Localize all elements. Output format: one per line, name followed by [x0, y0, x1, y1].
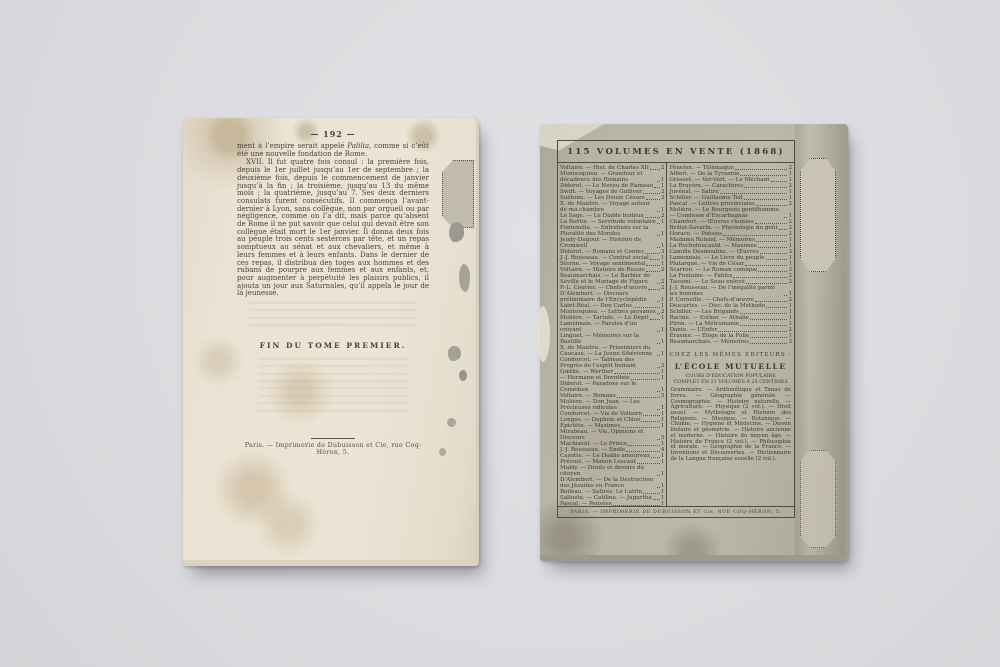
- entry-title: X. de Maistre. — Voyage autour de ma cha…: [560, 201, 656, 213]
- torn-paper-chip: [449, 222, 464, 242]
- entry-dot-leader: [657, 235, 660, 236]
- entry-dot-leader: [650, 259, 660, 260]
- entry-dot-leader: [735, 169, 788, 170]
- entry-volume-count: 3: [788, 339, 792, 345]
- entry-dot-leader: [755, 301, 787, 302]
- imprint-rule: [311, 438, 355, 439]
- entry-volume-count: 1: [661, 327, 665, 333]
- entry-volume-count: 1: [661, 423, 665, 429]
- entry-dot-leader: [760, 253, 788, 254]
- entry-dot-leader: [657, 247, 660, 248]
- entry-dot-leader: [756, 241, 787, 242]
- entry-dot-leader: [643, 415, 660, 416]
- entry-dot-leader: [645, 253, 660, 254]
- entry-dot-leader: [740, 175, 787, 176]
- entry-dot-leader: [643, 493, 660, 494]
- torn-paper-chip: [459, 264, 470, 292]
- entry-dot-leader: [646, 265, 660, 266]
- entry-dot-leader: [641, 421, 659, 422]
- torn-edge: [537, 306, 550, 362]
- catalog-entry: Mirabeau. — Vie, Opinions et Discours 5: [560, 429, 664, 441]
- entry-dot-leader: [740, 325, 787, 326]
- entry-dot-leader: [758, 271, 787, 272]
- right-book: 115 VOLUMES EN VENTE (1868) Voltaire. — …: [540, 124, 848, 561]
- octagon-ornament-icon: [800, 450, 836, 548]
- fin-line: FIN DU TOME PREMIER.: [237, 341, 429, 350]
- entry-dot-leader: [621, 427, 660, 428]
- entry-volume-count: 1: [661, 339, 665, 345]
- photo-background: — 192 — ment à l’empire serait appelé Pa…: [0, 0, 1000, 667]
- entry-volume-count: 2: [661, 195, 665, 201]
- entry-dot-leader: [650, 319, 660, 320]
- catalog-entry: D’Alembert. — Discours préliminaire de l…: [560, 291, 664, 303]
- publisher-note: CHEZ LES MÊMES ÉDITEURS :: [669, 352, 792, 358]
- entry-volume-count: 2: [661, 165, 665, 171]
- entry-dot-leader: [637, 463, 660, 464]
- entry-dot-leader: [750, 343, 787, 344]
- catalog-entry: Molière. — Le Bourgeois gentilhomme. — C…: [669, 207, 792, 219]
- entry-dot-leader: [657, 475, 660, 476]
- body-paragraph-1: ment à l’empire serait appelé Palilia, c…: [237, 143, 429, 158]
- catalog-entry: Molière. — Don Juan. — Les Précieuses ri…: [560, 399, 664, 411]
- entry-volume-count: 1: [661, 231, 665, 237]
- entry-title: Beaumarchais. — Mémoires: [669, 339, 749, 345]
- entry-dot-leader: [657, 223, 660, 224]
- entry-dot-leader: [657, 367, 660, 368]
- catalog-entry: D’Alembert. — De la Destruction des Jésu…: [560, 477, 664, 489]
- entry-dot-leader: [646, 271, 660, 272]
- entry-title: D’Alembert. — Discours préliminaire de l…: [560, 291, 656, 303]
- octagon-ornament-icon: [442, 160, 474, 228]
- entry-dot-leader: [745, 265, 787, 266]
- entry-dot-leader: [740, 313, 788, 314]
- entry-dot-leader: [657, 355, 660, 356]
- school-series-subtitle: COURS D’ÉDUCATION POPULAIRE COMPLET EN 2…: [672, 374, 789, 385]
- entry-dot-leader: [626, 451, 660, 452]
- entry-volume-count: 2: [788, 279, 792, 285]
- catalog-column-right: Fénelon. — Télémaque 2 Alfieri. — De la …: [667, 163, 794, 506]
- page-showthrough: [249, 302, 417, 328]
- page-number: — 192 —: [237, 129, 429, 139]
- entry-dot-leader: [657, 331, 660, 332]
- entry-title: Montesquieu. — Grandeur et décadence des…: [560, 171, 656, 183]
- entry-dot-leader: [718, 331, 787, 332]
- entry-dot-leader: [771, 181, 788, 182]
- entry-dot-leader: [720, 193, 788, 194]
- entry-volume-count: 5: [661, 393, 665, 399]
- entry-dot-leader: [631, 379, 660, 380]
- entry-dot-leader: [756, 205, 788, 206]
- catalog-entry: Montesquieu. — Grandeur et décadence des…: [560, 171, 664, 183]
- catalog-column-left: Voltaire. — Hist. de Charles XII 2 Monte…: [558, 163, 667, 506]
- entry-title: Diderot. — Paradoxe sur le Comédien: [560, 381, 656, 393]
- entry-dot-leader: [657, 283, 660, 284]
- entry-dot-leader: [657, 313, 660, 314]
- page-showthrough: [258, 358, 408, 416]
- entry-title: Molière. — Don Juan. — Les Précieuses ri…: [560, 399, 656, 411]
- entry-volume-count: 2: [661, 285, 665, 291]
- entry-volume-count: 2: [788, 201, 792, 207]
- entry-dot-leader: [779, 229, 788, 230]
- entry-volume-count: 1: [661, 471, 665, 477]
- catalog-entry: J.-J. Rousseau. — De l’inégalité parmi l…: [669, 285, 792, 297]
- entry-dot-leader: [766, 259, 788, 260]
- entry-title: D’Alembert. — De la Destruction des Jésu…: [560, 477, 656, 489]
- entry-dot-leader: [614, 373, 660, 374]
- entry-dot-leader: [643, 193, 660, 194]
- catalog-entry: Condorcet. — Tableau des Progrès de l’es…: [560, 357, 664, 369]
- entry-dot-leader: [744, 199, 788, 200]
- entry-dot-leader: [766, 307, 787, 308]
- entry-dot-leader: [650, 169, 660, 170]
- entry-title: Beaumarchais. — Le Barbier de Séville et…: [560, 273, 656, 285]
- catalog-entry: Lamennais. — Paroles d’un croyant 1: [560, 321, 664, 333]
- entry-title: J.-J. Rousseau. — De l’inégalité parmi l…: [669, 285, 783, 297]
- catalog-columns: Voltaire. — Hist. de Charles XII 2 Monte…: [558, 162, 794, 506]
- torn-paper-chip: [447, 418, 456, 427]
- body-paragraph-2: XVII. Il fut quatre fois consul : la pre…: [237, 159, 429, 298]
- catalog-entry-list: Fénelon. — Télémaque 2 Alfieri. — De la …: [669, 165, 792, 345]
- catalog-entry: Linguet. — Mémoires sur la Bastille 1: [560, 333, 664, 345]
- catalog-entry: Diderot. — Paradoxe sur le Comédien 1: [560, 381, 664, 393]
- entry-dot-leader: [657, 409, 660, 410]
- catalog-entry: Fontenelle. — Entretiens sur la Pluralit…: [560, 225, 664, 237]
- entry-title: Condorcet. — Tableau des Progrès de l’es…: [560, 357, 656, 369]
- entry-dot-leader: [648, 289, 660, 290]
- entry-dot-leader: [750, 337, 787, 338]
- entry-dot-leader: [744, 187, 787, 188]
- entry-volume-count: 1: [661, 459, 665, 465]
- entry-dot-leader: [633, 307, 660, 308]
- school-series-title: L’ÉCOLE MUTUELLE: [669, 362, 792, 371]
- entry-title: Jeudy-Dugour. — Histoire de Cromwell: [560, 237, 656, 249]
- entry-dot-leader: [657, 439, 660, 440]
- entry-dot-leader: [657, 391, 660, 392]
- entry-volume-count: 1: [661, 375, 665, 381]
- printer-imprint: Paris. — Imprimerie de Dubuisson et Cie,…: [237, 442, 429, 456]
- school-series-subjects: Grammaire. — Arithmétique et Tenue de li…: [669, 388, 792, 462]
- entry-title: Mirabeau. — Vie, Opinions et Discours: [560, 429, 656, 441]
- catalog-entry: Mably. — Droits et devoirs du citoyen 1: [560, 465, 664, 477]
- octagon-ornament-icon: [800, 158, 836, 272]
- entry-title: X. de Maistre. — Prisonniers du Caucase.…: [560, 345, 656, 357]
- catalog-entry: Beaumarchais. — Mémoires 3: [669, 339, 792, 345]
- entry-dot-leader: [746, 283, 788, 284]
- torn-paper-chip: [448, 346, 461, 361]
- entry-dot-leader: [654, 187, 660, 188]
- entry-dot-leader: [646, 199, 660, 200]
- left-book: — 192 — ment à l’empire serait appelé Pa…: [183, 118, 479, 566]
- entry-dot-leader: [723, 235, 787, 236]
- entry-dot-leader: [750, 319, 787, 320]
- entry-title: Lamennais. — Paroles d’un croyant: [560, 321, 656, 333]
- entry-volume-count: 2: [661, 267, 665, 273]
- catalog-entry: X. de Maistre. — Voyage autour de ma cha…: [560, 201, 664, 213]
- left-book-page: — 192 — ment à l’empire serait appelé Pa…: [237, 118, 429, 560]
- entry-volume-count: 1: [661, 315, 665, 321]
- entry-dot-leader: [657, 487, 660, 488]
- entry-title: Mably. — Droits et devoirs du citoyen: [560, 465, 656, 477]
- entry-dot-leader: [733, 277, 787, 278]
- torn-paper-chip: [439, 448, 446, 456]
- entry-volume-count: 1: [661, 351, 665, 357]
- torn-paper-chip: [459, 370, 467, 381]
- entry-dot-leader: [758, 247, 788, 248]
- entry-dot-leader: [784, 295, 787, 296]
- entry-title: Fontenelle. — Entretiens sur la Pluralit…: [560, 225, 656, 237]
- catalog-title: 115 VOLUMES EN VENTE (1868): [558, 147, 794, 157]
- entry-dot-leader: [784, 217, 787, 218]
- entry-volume-count: 1: [661, 219, 665, 225]
- entry-dot-leader: [657, 343, 660, 344]
- catalog-entry: Beaumarchais. — Le Barbier de Séville et…: [560, 273, 664, 285]
- catalog-entry: Jeudy-Dugour. — Histoire de Cromwell 1: [560, 237, 664, 249]
- entry-dot-leader: [651, 457, 660, 458]
- entry-dot-leader: [657, 301, 660, 302]
- entry-dot-leader: [657, 211, 660, 212]
- entry-dot-leader: [657, 181, 660, 182]
- printer-imprint: PARIS. — IMPRIMERIE DE DUBUISSON ET Cie,…: [558, 506, 794, 518]
- entry-dot-leader: [628, 445, 660, 446]
- catalog-entry: X. de Maistre. — Prisonniers du Caucase.…: [560, 345, 664, 357]
- catalog-frame: 115 VOLUMES EN VENTE (1868) Voltaire. — …: [557, 140, 795, 518]
- entry-dot-leader: [755, 223, 788, 224]
- entry-title: Molière. — Le Bourgeois gentilhomme. — C…: [669, 207, 783, 219]
- entry-dot-leader: [653, 499, 660, 500]
- entry-title: Linguet. — Mémoires sur la Bastille: [560, 333, 656, 345]
- entry-dot-leader: [645, 217, 660, 218]
- entry-dot-leader: [617, 397, 660, 398]
